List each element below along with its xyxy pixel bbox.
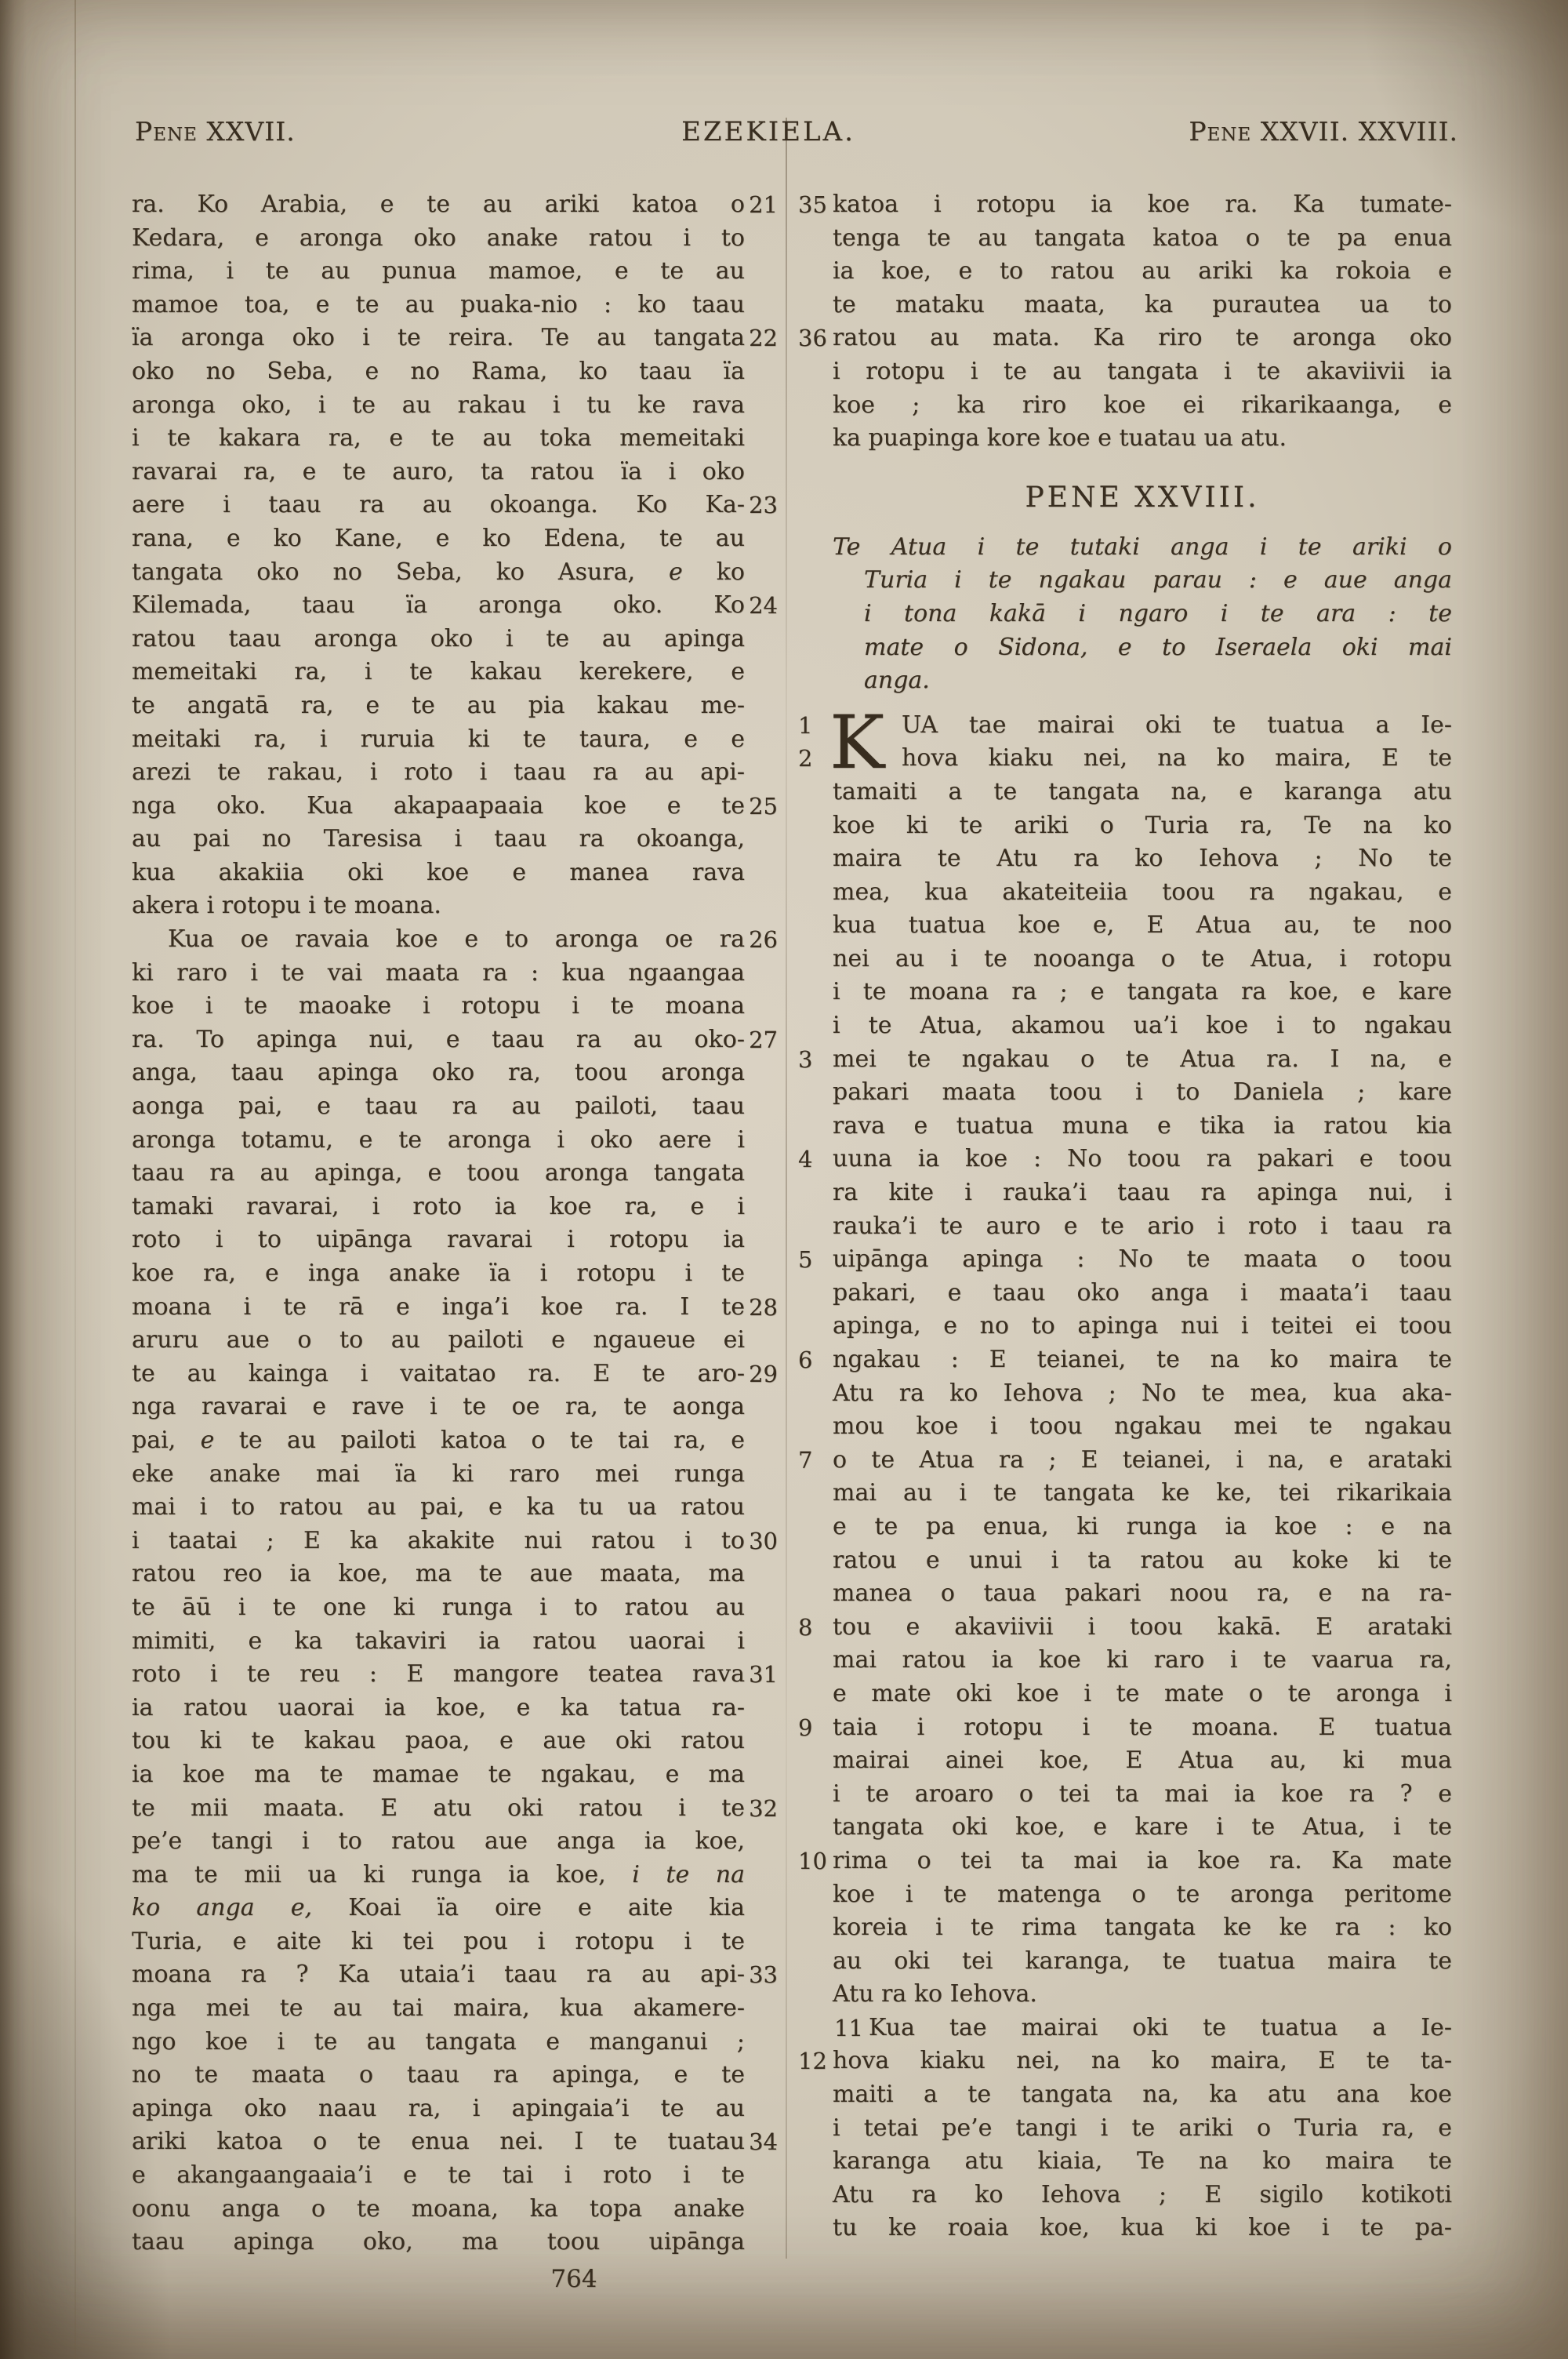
text-line: apinga, e no to apinga nui i teitei ei t… [833,1310,1452,1343]
verse-number: 35 [798,188,827,222]
text-line: Kua oe ravaia koe e to aronga oe ra26 [132,923,745,957]
text-line: i te kakara ra, e te au toka memeitaki [132,422,745,456]
text-line: kua akakiia oki koe e manea rava [132,856,745,890]
text-line: e mate oki koe i te mate o te aronga i [833,1677,1452,1711]
paper-crease [74,0,76,2359]
text-line: ngo koe i te au tangata e manganui ; [132,2026,745,2059]
text-line: Atu ra ko Iehova ; E sigilo kotikoti [833,2179,1452,2212]
text-line: nga mei te au tai maira, kua akamere- [132,1992,745,2026]
text-line: pakari, e taau oko anga i maata’i taau [833,1277,1452,1310]
text-line: taau ra au apinga, e toou aronga tangata [132,1157,745,1190]
text-line: nga ravarai e rave i te oe ra, te aonga [132,1390,745,1424]
text-line: rima o tei ta mai ia koe ra. Ka mate10 [833,1845,1452,1878]
text-line: rauka’i te auro e te ario i roto i taau … [833,1210,1452,1244]
text-line: aonga pai, e taau ra au pailoti, taau [132,1090,745,1124]
text-line: e akangaangaaia’i e te tai i roto i te [132,2159,745,2193]
text-line: ra. Ko Arabia, e te au ariki katoa o21 [132,188,745,222]
text-line: Atu ra ko Iehova ; No te mea, kua aka- [833,1377,1452,1411]
verse-number: 9 [798,1711,812,1745]
column-divider-rule [786,118,787,2259]
text-line: ia koe, e to ratou au ariki ka rokoia e [833,255,1452,289]
verse-number: 24 [749,589,778,623]
text-line: mei te ngakau o te Atua ra. I na, e3 [833,1043,1452,1077]
verse-number: 5 [798,1243,812,1277]
text-line: tangata oko no Seba, ko Asura, e ko [132,556,745,590]
text-line: oonu anga o te moana, ka topa anake [132,2193,745,2226]
text-line: mamoe toa, e te au puaka-nio : ko taau [132,289,745,322]
text-line: ratou e unui i ta ratou au koke ki te [833,1544,1452,1578]
text-line: UA tae mairai oki te tuatua a Ie-1 [833,709,1452,743]
page-number: 764 [527,2265,621,2293]
text-line: uipānga apinga : No te maata o toou5 [833,1243,1452,1277]
text-line: eke anake mai ïa ki raro mei runga [132,1458,745,1492]
text-line: koe i te maoake i rotopu i te moana [132,990,745,1023]
text-line: maira te Atu ra ko Iehova ; No te [833,842,1452,876]
text-line: ngakau : E teianei, te na ko maira te6 [833,1343,1452,1377]
text-line: hova kiaku nei, na ko maira, E te2 [833,742,1452,776]
text-line: tou ki te kakau paoa, e aue oki ratou [132,1725,745,1758]
text-line: maiti a te tangata na, ka atu ana koe [833,2078,1452,2112]
text-line: pakari maata toou i to Daniela ; kare [833,1076,1452,1110]
chapter-summary: Te Atua i te tutaki anga i te ariki oTur… [833,531,1452,698]
text-line: ratou taau aronga oko i te au apinga [132,623,745,656]
text-line: taia i rotopu i te moana. E tuatua9 [833,1711,1452,1745]
text-line: anga. [833,664,1452,698]
text-line: ka puapinga kore koe e tuatau ua atu. [833,422,1452,456]
verse-number: 27 [749,1023,778,1057]
text-line: mate o Sidona, e to Iseraela oki mai [833,631,1452,665]
text-line: Atu ra ko Iehova. [833,1978,1452,2012]
verse-number: 34 [749,2125,778,2159]
text-line: memeitaki ra, i te kakau kerekere, e [132,656,745,689]
verse-number: 7 [798,1444,812,1478]
text-line: no te maata o taau ra apinga, e te [132,2059,745,2092]
verse-number: 1 [798,709,812,743]
text-line: ra. To apinga nui, e taau ra au oko-27 [132,1023,745,1057]
text-line: au pai no Taresisa i taau ra okoanga, [132,823,745,856]
verse-number: 6 [798,1343,812,1377]
left-text-column: ra. Ko Arabia, e te au ariki katoa o21Ke… [132,188,745,2259]
text-line: hova kiaku nei, na ko maira, E te ta-12 [833,2045,1452,2078]
text-line: pai, e te au pailoti katoa o te tai ra, … [132,1424,745,1458]
verse-number: 21 [749,188,778,222]
text-line: aronga totamu, e te aronga i oko aere i [132,1124,745,1158]
verse-number: 22 [749,322,778,355]
text-line: tangata oki koe, e kare i te Atua, i te [833,1811,1452,1845]
verse-number: 29 [749,1358,778,1391]
text-line: meitaki ra, i ruruia ki te taura, e e [132,723,745,757]
book-spine-shadow [0,0,27,2359]
text-line: te angatā ra, e te au pia kakau me- [132,689,745,723]
text-line: i tetai pe’e tangi i te ariki o Turia ra… [833,2112,1452,2146]
text-line: roto i to uipānga ravarai i rotopu ia [132,1223,745,1257]
text-line: i taatai ; E ka akakite nui ratou i to30 [132,1525,745,1558]
text-line: moana i te rā e inga’i koe ra. I te28 [132,1291,745,1325]
text-line: te mataku maata, ka purautea ua to [833,289,1452,322]
text-line: i rotopu i te au tangata i te akaviivii … [833,355,1452,389]
text-line: Kedara, e aronga oko anake ratou i to [132,222,745,256]
text-line: mimiti, e ka takaviri ia ratou uaorai i [132,1625,745,1659]
verse-number: 11 [798,2012,863,2045]
text-line: ariki katoa o te enua nei. I te tuatau34 [132,2125,745,2159]
running-head-title: EZEKIELA. [643,116,894,147]
text-line: i te aroaro o tei ta mai ia koe ra ? e [833,1778,1452,1812]
text-line: ia koe ma te mamae te ngakau, e ma [132,1758,745,1792]
text-line: ïa aronga oko i te reira. Te au tangata2… [132,322,745,355]
text-line: aronga oko, i te au rakau i tu ke rava [132,389,745,423]
text-line: te āū i te one ki runga i to ratou au [132,1591,745,1625]
verse-number: 2 [798,742,812,776]
text-line: mai i to ratou au pai, e ka tu ua ratou [132,1491,745,1525]
text-line: ra kite i rauka’i taau ra apinga nui, i [833,1176,1452,1210]
verse-number: 26 [713,923,778,957]
text-line: te mii maata. E atu oki ratou i te32 [132,1792,745,1826]
text-line: koe ; ka riro koe ei rikarikaanga, e [833,389,1452,423]
text-line: i te Atua, akamou ua’i koe i to ngakau [833,1009,1452,1043]
text-line: mea, kua akateiteiia toou ra ngakau, e [833,876,1452,910]
text-line: koe ra, e inga anake ïa i rotopu i te [132,1257,745,1291]
text-line: pe’e tangi i to ratou aue anga ia koe, [132,1825,745,1859]
text-line: uuna ia koe : No toou ra pakari e toou4 [833,1143,1452,1176]
text-line: o te Atua ra ; E teianei, i na, e aratak… [833,1444,1452,1478]
text-line: Kua tae mairai oki te tuatua a Ie-11 [833,2012,1452,2045]
text-line: mou koe i toou ngakau mei te ngakau [833,1410,1452,1444]
text-line: moana ra ? Ka utaia’i taau ra au api-33 [132,1958,745,1992]
text-line: aruru aue o to au pailoti e ngaueue ei [132,1324,745,1358]
verse-number: 36 [798,322,827,355]
text-line: tenga te au tangata katoa o te pa enua [833,222,1452,256]
text-line: anga, taau apinga oko ra, toou aronga [132,1056,745,1090]
text-line: au oki tei karanga, te tuatua maira te [833,1945,1452,1979]
text-line: Turia i te ngakau parau : e aue anga [833,564,1452,598]
scanned-book-page: { "header": { "left": "Pene XXVII.", "ce… [0,0,1568,2359]
verse-number: 3 [798,1043,812,1077]
text-line: nga oko. Kua akapaapaaia koe e te25 [132,790,745,823]
text-line: roto i te reu : E mangore teatea rava31 [132,1658,745,1692]
text-line: apinga oko naau ra, i apingaia’i te au [132,2092,745,2126]
running-head-right: Pene XXVII. XXVIII. [1189,116,1458,147]
right-text-column: katoa i rotopu ia koe ra. Ka tumate-35te… [833,188,1452,2245]
text-line: i tona kakā i ngaro i te ara : te [833,598,1452,631]
text-line: Kilemada, taau ïa aronga oko. Ko24 [132,589,745,623]
text-line: mai ratou ia koe ki raro i te vaarua ra, [833,1644,1452,1677]
text-line: tamaki ravarai, i roto ia koe ra, e i [132,1190,745,1224]
text-line: nei au i te nooanga o te Atua, i rotopu [833,943,1452,976]
text-line: ki raro i te vai maata ra : kua ngaangaa [132,957,745,990]
text-line: te au kainga i vaitatao ra. E te aro-29 [132,1358,745,1391]
text-line: ko anga e, Koai ïa oire e aite kia [132,1892,745,1925]
verse-number: 12 [798,2045,827,2078]
verse-number: 10 [798,1845,827,1878]
text-line: ratou au mata. Ka riro te aronga oko36 [833,322,1452,355]
verse-number: 30 [749,1525,778,1558]
verse-number: 28 [749,1291,778,1325]
text-line: ravarai ra, e te auro, ta ratou ïa i oko [132,456,745,489]
text-line: katoa i rotopu ia koe ra. Ka tumate-35 [833,188,1452,222]
text-line: ratou reo ia koe, ma te aue maata, ma [132,1558,745,1591]
text-line: mairai ainei koe, E Atua au, ki mua [833,1744,1452,1778]
text-line: aere i taau ra au okoanga. Ko Ka-23 [132,489,745,522]
text-line: tou e akaviivii i toou kakā. E arataki8 [833,1611,1452,1645]
text-line: ma te mii ua ki runga ia koe, i te na [132,1859,745,1892]
chapter-heading: PENE XXVIII. [833,479,1452,517]
text-line: tu ke roaia koe, kua ki koe i te pa- [833,2212,1452,2245]
text-line: Te Atua i te tutaki anga i te ariki o [833,531,1452,565]
text-line: Turia, e aite ki tei pou i rotopu i te [132,1925,745,1959]
text-line: e te pa enua, ki runga ia koe : e na [833,1510,1452,1544]
verse-number: 31 [749,1658,778,1692]
running-head-left: Pene XXVII. [135,116,296,147]
text-line: ia ratou uaorai ia koe, e ka tatua ra- [132,1692,745,1725]
verse-number: 33 [749,1958,778,1992]
text-line: i te moana ra ; e tangata ra koe, e kare [833,976,1452,1009]
text-line: kua tuatua koe e, E Atua au, te noo [833,909,1452,943]
text-line: rana, e ko Kane, e ko Edena, te au [132,522,745,556]
text-line: taau apinga oko, ma toou uipānga [132,2226,745,2259]
text-line: rima, i te au punua mamoe, e te au [132,255,745,289]
text-line: koe ki te ariki o Turia ra, Te na ko [833,809,1452,843]
verse-number: 32 [749,1792,778,1826]
text-line: karanga atu kiaia, Te na ko maira te [833,2145,1452,2179]
text-line: arezi te rakau, i roto i taau ra au api- [132,756,745,790]
text-line: manea o taua pakari noou ra, e na ra- [833,1577,1452,1611]
text-line: oko no Seba, e no Rama, ko taau ïa [132,355,745,389]
verse-number: 4 [798,1143,812,1176]
verse-number: 23 [749,489,778,522]
text-line: akera i rotopu i te moana. [132,889,745,923]
text-line: rava e tuatua muna e tika ia ratou kia [833,1110,1452,1143]
verse-number: 25 [749,790,778,823]
verse-number: 8 [798,1611,812,1645]
text-line: mai au i te tangata ke ke, tei rikarikai… [833,1477,1452,1510]
text-line: koe i te matenga o te aronga peritome [833,1878,1452,1912]
text-line: koreia i te rima tangata ke ke ra : ko [833,1911,1452,1945]
text-line: tamaiti a te tangata na, e karanga atu [833,776,1452,809]
verse-paragraph: KUA tae mairai oki te tuatua a Ie-1hova … [833,709,1452,2245]
